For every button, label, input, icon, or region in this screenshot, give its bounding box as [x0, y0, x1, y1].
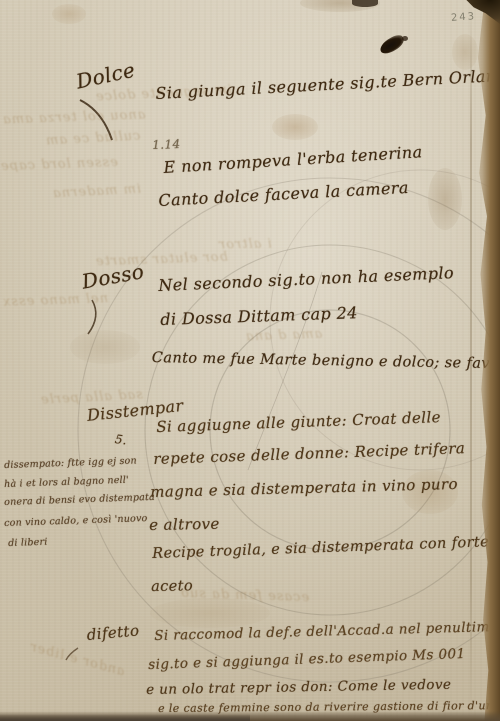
manuscript-line: Recipe trogila, e sia distemperata con f… — [152, 534, 489, 562]
page-edge-bottom-dark — [0, 714, 250, 721]
margin-word-difetto: difetto — [86, 621, 140, 644]
stain — [70, 330, 140, 364]
manuscript-line: Si aggiugne alle giunte: Croat delle — [156, 408, 441, 436]
stain — [428, 168, 462, 230]
page-number: 243 — [451, 11, 477, 24]
margin-word-dosso: Dosso — [80, 259, 146, 294]
margin-flourish: 5. — [114, 432, 128, 448]
manuscript-line: e le caste femmine sono da riverire gast… — [158, 699, 500, 715]
manuscript-line: repete cose delle donne: Recipe trifera — [153, 439, 466, 468]
manuscript-line: di Dossa Dittam cap 24 — [160, 303, 358, 329]
ink-blot-satellite — [402, 36, 408, 41]
dolce-flourish — [80, 100, 112, 140]
difetto-dash — [66, 648, 78, 660]
manuscript-line: Canto me fue Marte benigno e dolco; se f… — [152, 350, 500, 372]
margin-note-line: con vino caldo, e così 'nuovo — [4, 513, 148, 529]
dosso-flourish — [88, 300, 96, 334]
stain — [150, 598, 270, 628]
manuscript-line: Nel secondo sig.to non ha esemplo — [158, 263, 454, 295]
manuscript-line: Sia giunga il seguente sig.te Bern Orlan — [155, 66, 497, 103]
margin-note-line: di liberi — [8, 537, 48, 549]
bleedthrough-line: essen lord cape — [0, 155, 118, 174]
manuscript-line: E non rompeva l'erba tenerina — [163, 142, 423, 177]
hairline-crease — [248, 272, 322, 470]
stain — [52, 4, 86, 24]
stain — [300, 0, 380, 12]
section-marker: 1.14 — [152, 137, 181, 152]
manuscript-line: sig.to e si aggiunga il es.to esempio Ms… — [148, 646, 466, 673]
page-edge-top-speck — [352, 0, 378, 7]
bleedthrough-line: andor e liber — [28, 640, 127, 680]
bleedthrough-line: anou col terza ama — [2, 107, 146, 127]
bleedthrough-line: cullad ce am — [45, 129, 141, 149]
manuscript-line: magna e sia distemperata in vino puro — [150, 475, 458, 501]
manuscript-line: Canto dolce faceva la camera — [158, 178, 409, 210]
bleedthrough-line: im maderna — [52, 182, 142, 202]
manuscript-line: e un olo trat repr ios don: Come le vedo… — [146, 677, 451, 698]
bleedthrough-line: i altror — [218, 237, 272, 253]
bleedthrough-line: nel mano essx — [2, 291, 109, 310]
margin-note-line: onera di bensi evo distempata — [4, 492, 155, 508]
margin-note-line: hà i et lors al bagno nell' — [4, 475, 129, 490]
manuscript-line: e altrove — [149, 515, 220, 534]
bleedthrough-line: ecase fem da suo — [180, 586, 310, 606]
margin-word-dolce: Dolce — [74, 58, 137, 94]
margin-note-line: dissempato: ftte igg ej son — [4, 455, 137, 471]
stain — [272, 114, 318, 140]
manuscript-page: im seguente dolce anou col terza ama cul… — [0, 0, 500, 721]
manuscript-line: aceto — [151, 578, 193, 595]
manuscript-line: Si raccomod la def.e dell'Accad.a nel pe… — [154, 619, 498, 644]
stain — [452, 34, 478, 70]
bleedthrough-line: ama d ana — [245, 327, 323, 345]
